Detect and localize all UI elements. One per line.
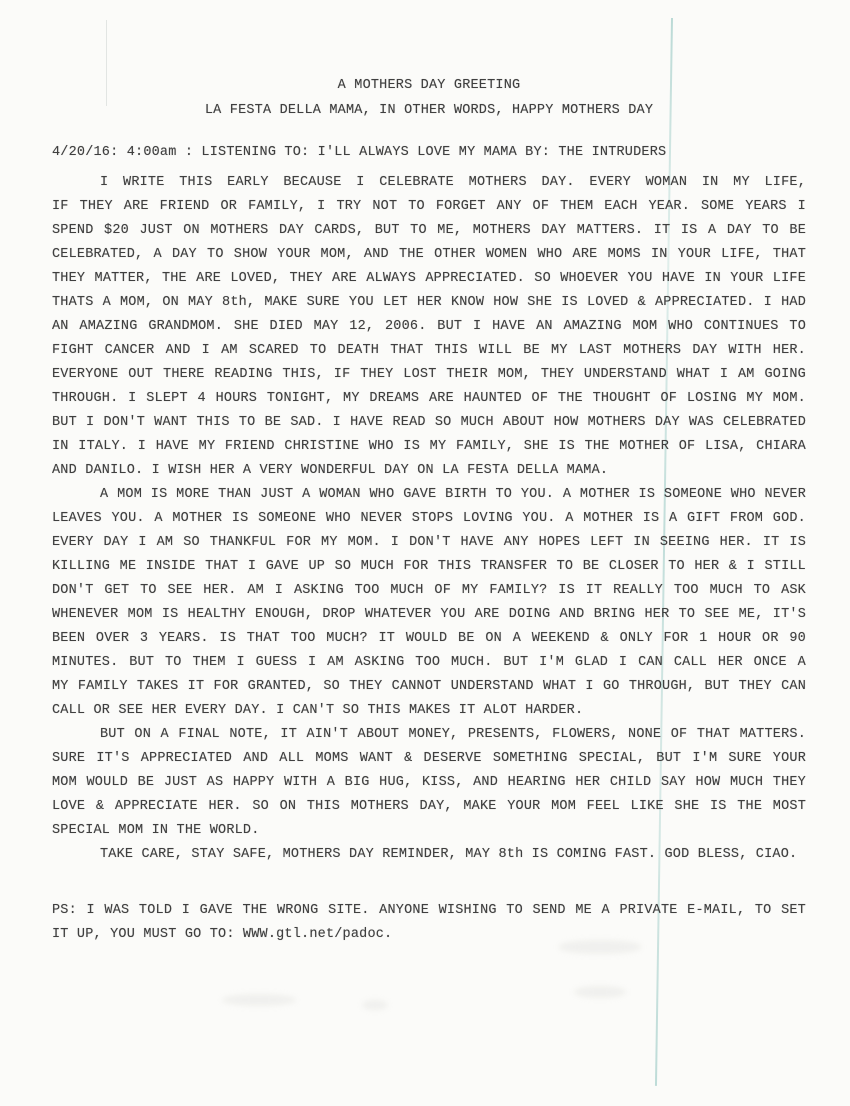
letter-body: I WRITE THIS EARLY BECAUSE I CELEBRATE M… [52,171,806,947]
text-line: MOM WOULD BE JUST AS HAPPY WITH A BIG HU… [52,771,806,795]
letter-title: A MOTHERS DAY GREETING [52,73,806,98]
text-line: DON'T GET TO SEE HER. AM I ASKING TOO MU… [52,579,806,603]
smudge-mark [574,986,626,998]
text-line: TAKE CARE, STAY SAFE, MOTHERS DAY REMIND… [52,843,806,867]
text-line: IN ITALY. I HAVE MY FRIEND CHRISTINE WHO… [52,435,806,459]
text-line: EVERYONE OUT THERE READING THIS, IF THEY… [52,363,806,387]
paragraph: I WRITE THIS EARLY BECAUSE I CELEBRATE M… [52,171,806,483]
letter-subtitle: LA FESTA DELLA MAMA, IN OTHER WORDS, HAP… [52,98,806,123]
text-line: WHENEVER MOM IS HEALTHY ENOUGH, DROP WHA… [52,603,806,627]
text-line: SURE IT'S APPRECIATED AND ALL MOMS WANT … [52,747,806,771]
paragraph: A MOM IS MORE THAN JUST A WOMAN WHO GAVE… [52,483,806,723]
smudge-mark [362,1000,388,1010]
text-line: LEAVES YOU. A MOTHER IS SOMEONE WHO NEVE… [52,507,806,531]
text-line: SPECIAL MOM IN THE WORLD. [52,819,806,843]
text-line: LOVE & APPRECIATE HER. SO ON THIS MOTHER… [52,795,806,819]
text-line: THEY MATTER, THE ARE LOVED, THEY ARE ALW… [52,267,806,291]
text-line: A MOM IS MORE THAN JUST A WOMAN WHO GAVE… [52,483,806,507]
text-line: SPEND $20 JUST ON MOTHERS DAY CARDS, BUT… [52,219,806,243]
text-line: BUT ON A FINAL NOTE, IT AIN'T ABOUT MONE… [52,723,806,747]
text-line: AN AMAZING GRANDMOM. SHE DIED MAY 12, 20… [52,315,806,339]
text-line: THROUGH. I SLEPT 4 HOURS TONIGHT, MY DRE… [52,387,806,411]
scanned-letter-page: A MOTHERS DAY GREETING LA FESTA DELLA MA… [0,0,850,1106]
text-line: I WRITE THIS EARLY BECAUSE I CELEBRATE M… [52,171,806,195]
text-line: IT UP, YOU MUST GO TO: WWW.gtl.net/padoc… [52,923,806,947]
text-line: BEEN OVER 3 YEARS. IS THAT TOO MUCH? IT … [52,627,806,651]
text-line: FIGHT CANCER AND I AM SCARED TO DEATH TH… [52,339,806,363]
text-line: CALL OR SEE HER EVERY DAY. I CAN'T SO TH… [52,699,806,723]
typed-text-column: A MOTHERS DAY GREETING LA FESTA DELLA MA… [52,73,806,947]
text-line: THATS A MOM, ON MAY 8th, MAKE SURE YOU L… [52,291,806,315]
text-line: PS: I WAS TOLD I GAVE THE WRONG SITE. AN… [52,899,806,923]
text-line: MINUTES. BUT TO THEM I GUESS I AM ASKING… [52,651,806,675]
text-line: MY FAMILY TAKES IT FOR GRANTED, SO THEY … [52,675,806,699]
text-line: BUT I DON'T WANT THIS TO BE SAD. I HAVE … [52,411,806,435]
text-line: IF THEY ARE FRIEND OR FAMILY, I TRY NOT … [52,195,806,219]
smudge-mark [222,994,296,1006]
text-line: AND DANILO. I WISH HER A VERY WONDERFUL … [52,459,806,483]
paragraph: PS: I WAS TOLD I GAVE THE WRONG SITE. AN… [52,899,806,947]
text-line: KILLING ME INSIDE THAT I GAVE UP SO MUCH… [52,555,806,579]
paragraph: TAKE CARE, STAY SAFE, MOTHERS DAY REMIND… [52,843,806,867]
text-line: CELEBRATED, A DAY TO SHOW YOUR MOM, AND … [52,243,806,267]
paragraph: BUT ON A FINAL NOTE, IT AIN'T ABOUT MONE… [52,723,806,843]
text-line: EVERY DAY I AM SO THANKFUL FOR MY MOM. I… [52,531,806,555]
date-and-listening-line: 4/20/16: 4:00am : LISTENING TO: I'LL ALW… [52,141,806,165]
